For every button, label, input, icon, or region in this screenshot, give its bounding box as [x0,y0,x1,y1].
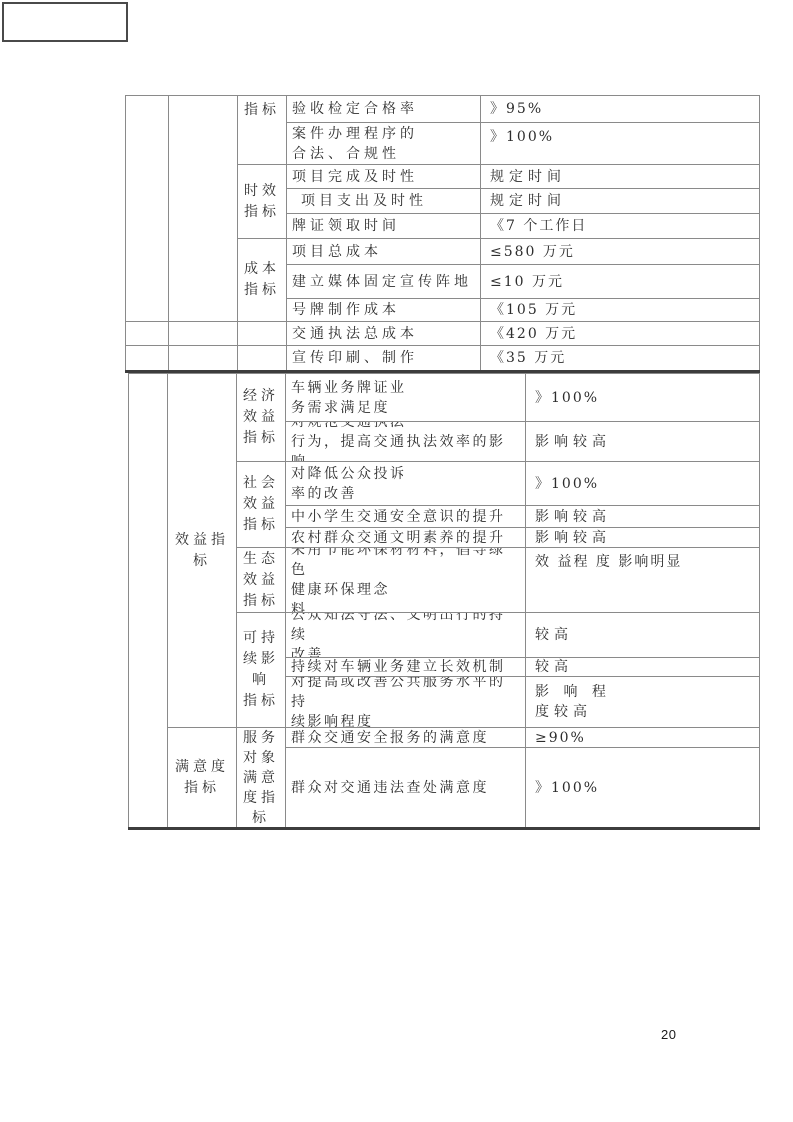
indicator-name-cell: 宣传印刷、制作 [286,345,480,370]
indicator-name-cell: 对降低公众投诉 率的改善 [285,461,525,505]
t2-category-cell: 效益指 标 [167,373,236,727]
indicator-value-cell: 》100% [525,373,759,421]
indicator-name-cell: 群众交通安全报务的满意度 [285,727,525,747]
indicator-value-cell: 规定时间 [480,164,759,188]
indicator-name-cell: 对提高或改善公共服务水平的持 续影响程度 [285,676,525,727]
t2-group-cell: 经济 效益 指标 [236,373,285,461]
indicator-value-cell: 影响较高 [525,505,759,527]
indicator-name-cell: 中小学生交通安全意识的提升 [285,505,525,527]
t1-empty-cell [125,95,168,321]
t1-empty-cell [168,345,237,370]
indicator-name-cell: 项目总成本 [286,238,480,264]
t1-group-cell: 成本 指标 [237,238,286,321]
t2-category-cell: 满意度 指标 [167,727,236,828]
t1-group-cell: 指标 [237,95,286,164]
t2-group-cell: 服务 对象 满意 度指 标 [236,727,285,828]
indicator-name-cell: 车辆业务牌证业 务需求满足度 [285,373,525,421]
indicator-value-cell: 》95% [480,95,759,122]
indicator-name-cell: 项目完成及时性 [286,164,480,188]
indicator-name-cell: 公众知法守法、文明出行的持续 改善 [285,612,525,657]
table1-right-border [759,95,760,370]
indicator-value-cell: 影 响 程 度较高 [525,676,759,727]
t1-group-cell: 时效 指标 [237,164,286,238]
indicator-name-cell: 验收检定合格率 [286,95,480,122]
page-number: 20 [661,1027,676,1042]
indicator-name-cell: 采用节能环保材材料，倡导绿色 健康环保理念 料 [285,547,525,612]
table2-bottom-border [128,827,760,830]
indicator-value-cell: 较高 [525,657,759,676]
indicator-value-cell: 》100% [525,747,759,828]
indicator-name-cell: 建立媒体固定宣传阵地 [286,264,480,298]
indicator-value-cell: 效 益程 度 影响明显 [525,547,759,612]
indicator-name-cell: 持续对车辆业务建立长效机制 [285,657,525,676]
t1-empty-cell [237,321,286,345]
indicator-value-cell: ≥90% [525,727,759,747]
indicator-value-cell: 较高 [525,612,759,657]
indicator-value-cell: ≤10 万元 [480,264,759,298]
indicator-name-cell: 交通执法总成本 [286,321,480,345]
t2-group-cell: 社会 效益 指标 [236,461,285,547]
t2-group-cell: 生态 效益 指标 [236,547,285,612]
t1-empty-cell [168,321,237,345]
indicator-name-cell: 群众对交通违法查处满意度 [285,747,525,828]
indicator-name-cell: 案件办理程序的 合法、合规性 [286,122,480,164]
indicator-name-cell: 项目支出及时性 [286,188,480,213]
indicator-value-cell: 《7 个工作日 [480,213,759,238]
t1-empty-cell [125,345,168,370]
indicator-value-cell: 》100% [525,461,759,505]
header-box [2,2,128,42]
document-page: 指标 时效 指标 成本 指标 验收检定合格率 》95% 案件办理程序的 合法、合… [0,0,793,1122]
indicator-value-cell: ≤580 万元 [480,238,759,264]
t1-empty-cell [125,321,168,345]
t2-empty-cell [128,373,167,828]
indicator-value-cell: 《420 万元 [480,321,759,345]
indicator-value-cell: 影响较高 [525,527,759,547]
indicator-name-cell: 牌证领取时间 [286,213,480,238]
indicator-name-cell: 对规范交通执法 行为，提高交通执法效率的影响 [285,421,525,461]
indicator-value-cell: 》100% [480,122,759,164]
indicator-value-cell: 影响较高 [525,421,759,461]
indicator-name-cell: 农村群众交通文明素养的提升 [285,527,525,547]
indicator-name-cell: 号牌制作成本 [286,298,480,321]
indicator-value-cell: 《35 万元 [480,345,759,370]
t2-group-cell: 可持 续影 响 指标 [236,612,285,727]
table2-right-border [759,373,760,828]
t1-empty-cell [168,95,237,321]
t1-empty-cell [237,345,286,370]
indicator-value-cell: 《105 万元 [480,298,759,321]
indicator-value-cell: 规定时间 [480,188,759,213]
